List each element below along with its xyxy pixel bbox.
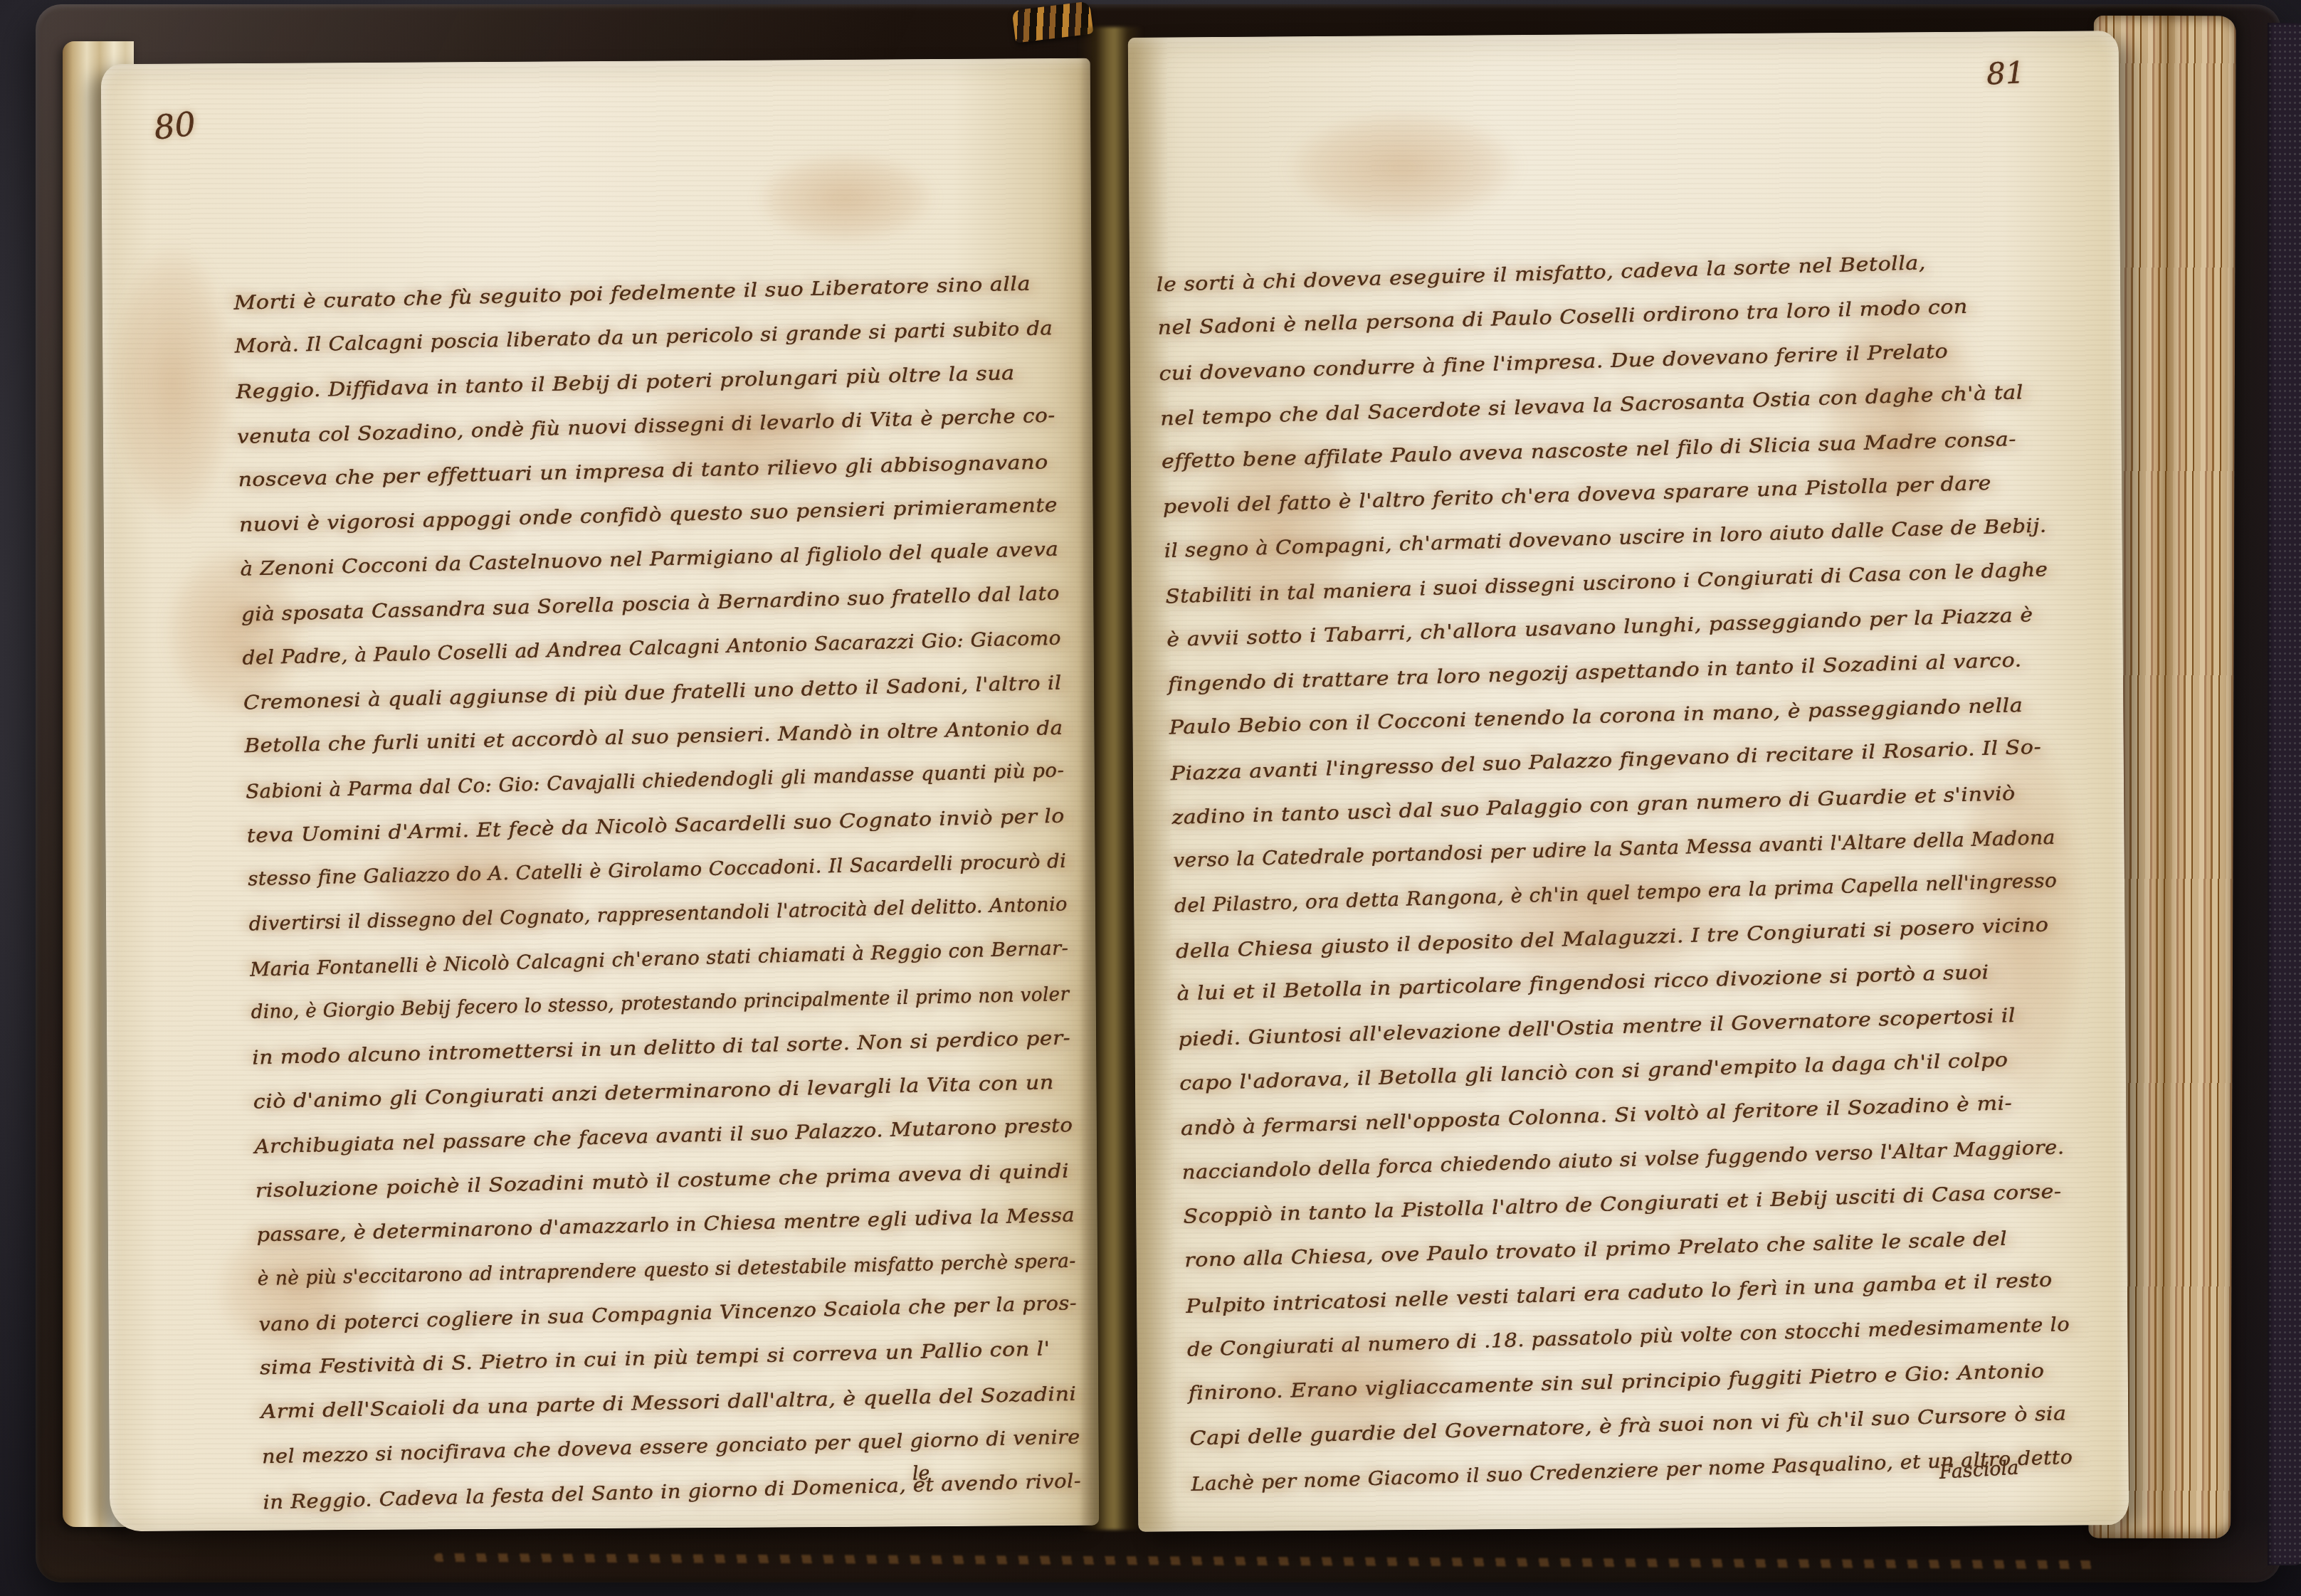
page-number-right: 81 <box>1986 55 2025 91</box>
catchword-right: Fasciola <box>1939 1457 2019 1484</box>
right-page: 81 le sorti à chi doveva eseguire il mis… <box>1128 31 2129 1532</box>
stain <box>1249 92 1556 243</box>
left-page: 80 Morti è curato che fù seguito poi fed… <box>101 58 1100 1531</box>
cover-stitching <box>434 1553 2100 1569</box>
manuscript-text-left: Morti è curato che fù seguito poi fedelm… <box>233 262 1082 1525</box>
leather-edge-right <box>2268 23 2301 1565</box>
stain <box>90 199 256 569</box>
stain <box>727 137 963 260</box>
page-number-left: 80 <box>152 105 197 147</box>
manuscript-text-right: le sorti à chi doveva eseguire il misfat… <box>1156 238 2074 1506</box>
catchword-left: le <box>912 1462 930 1485</box>
photo-background: 80 Morti è curato che fù seguito poi fed… <box>0 0 2301 1596</box>
